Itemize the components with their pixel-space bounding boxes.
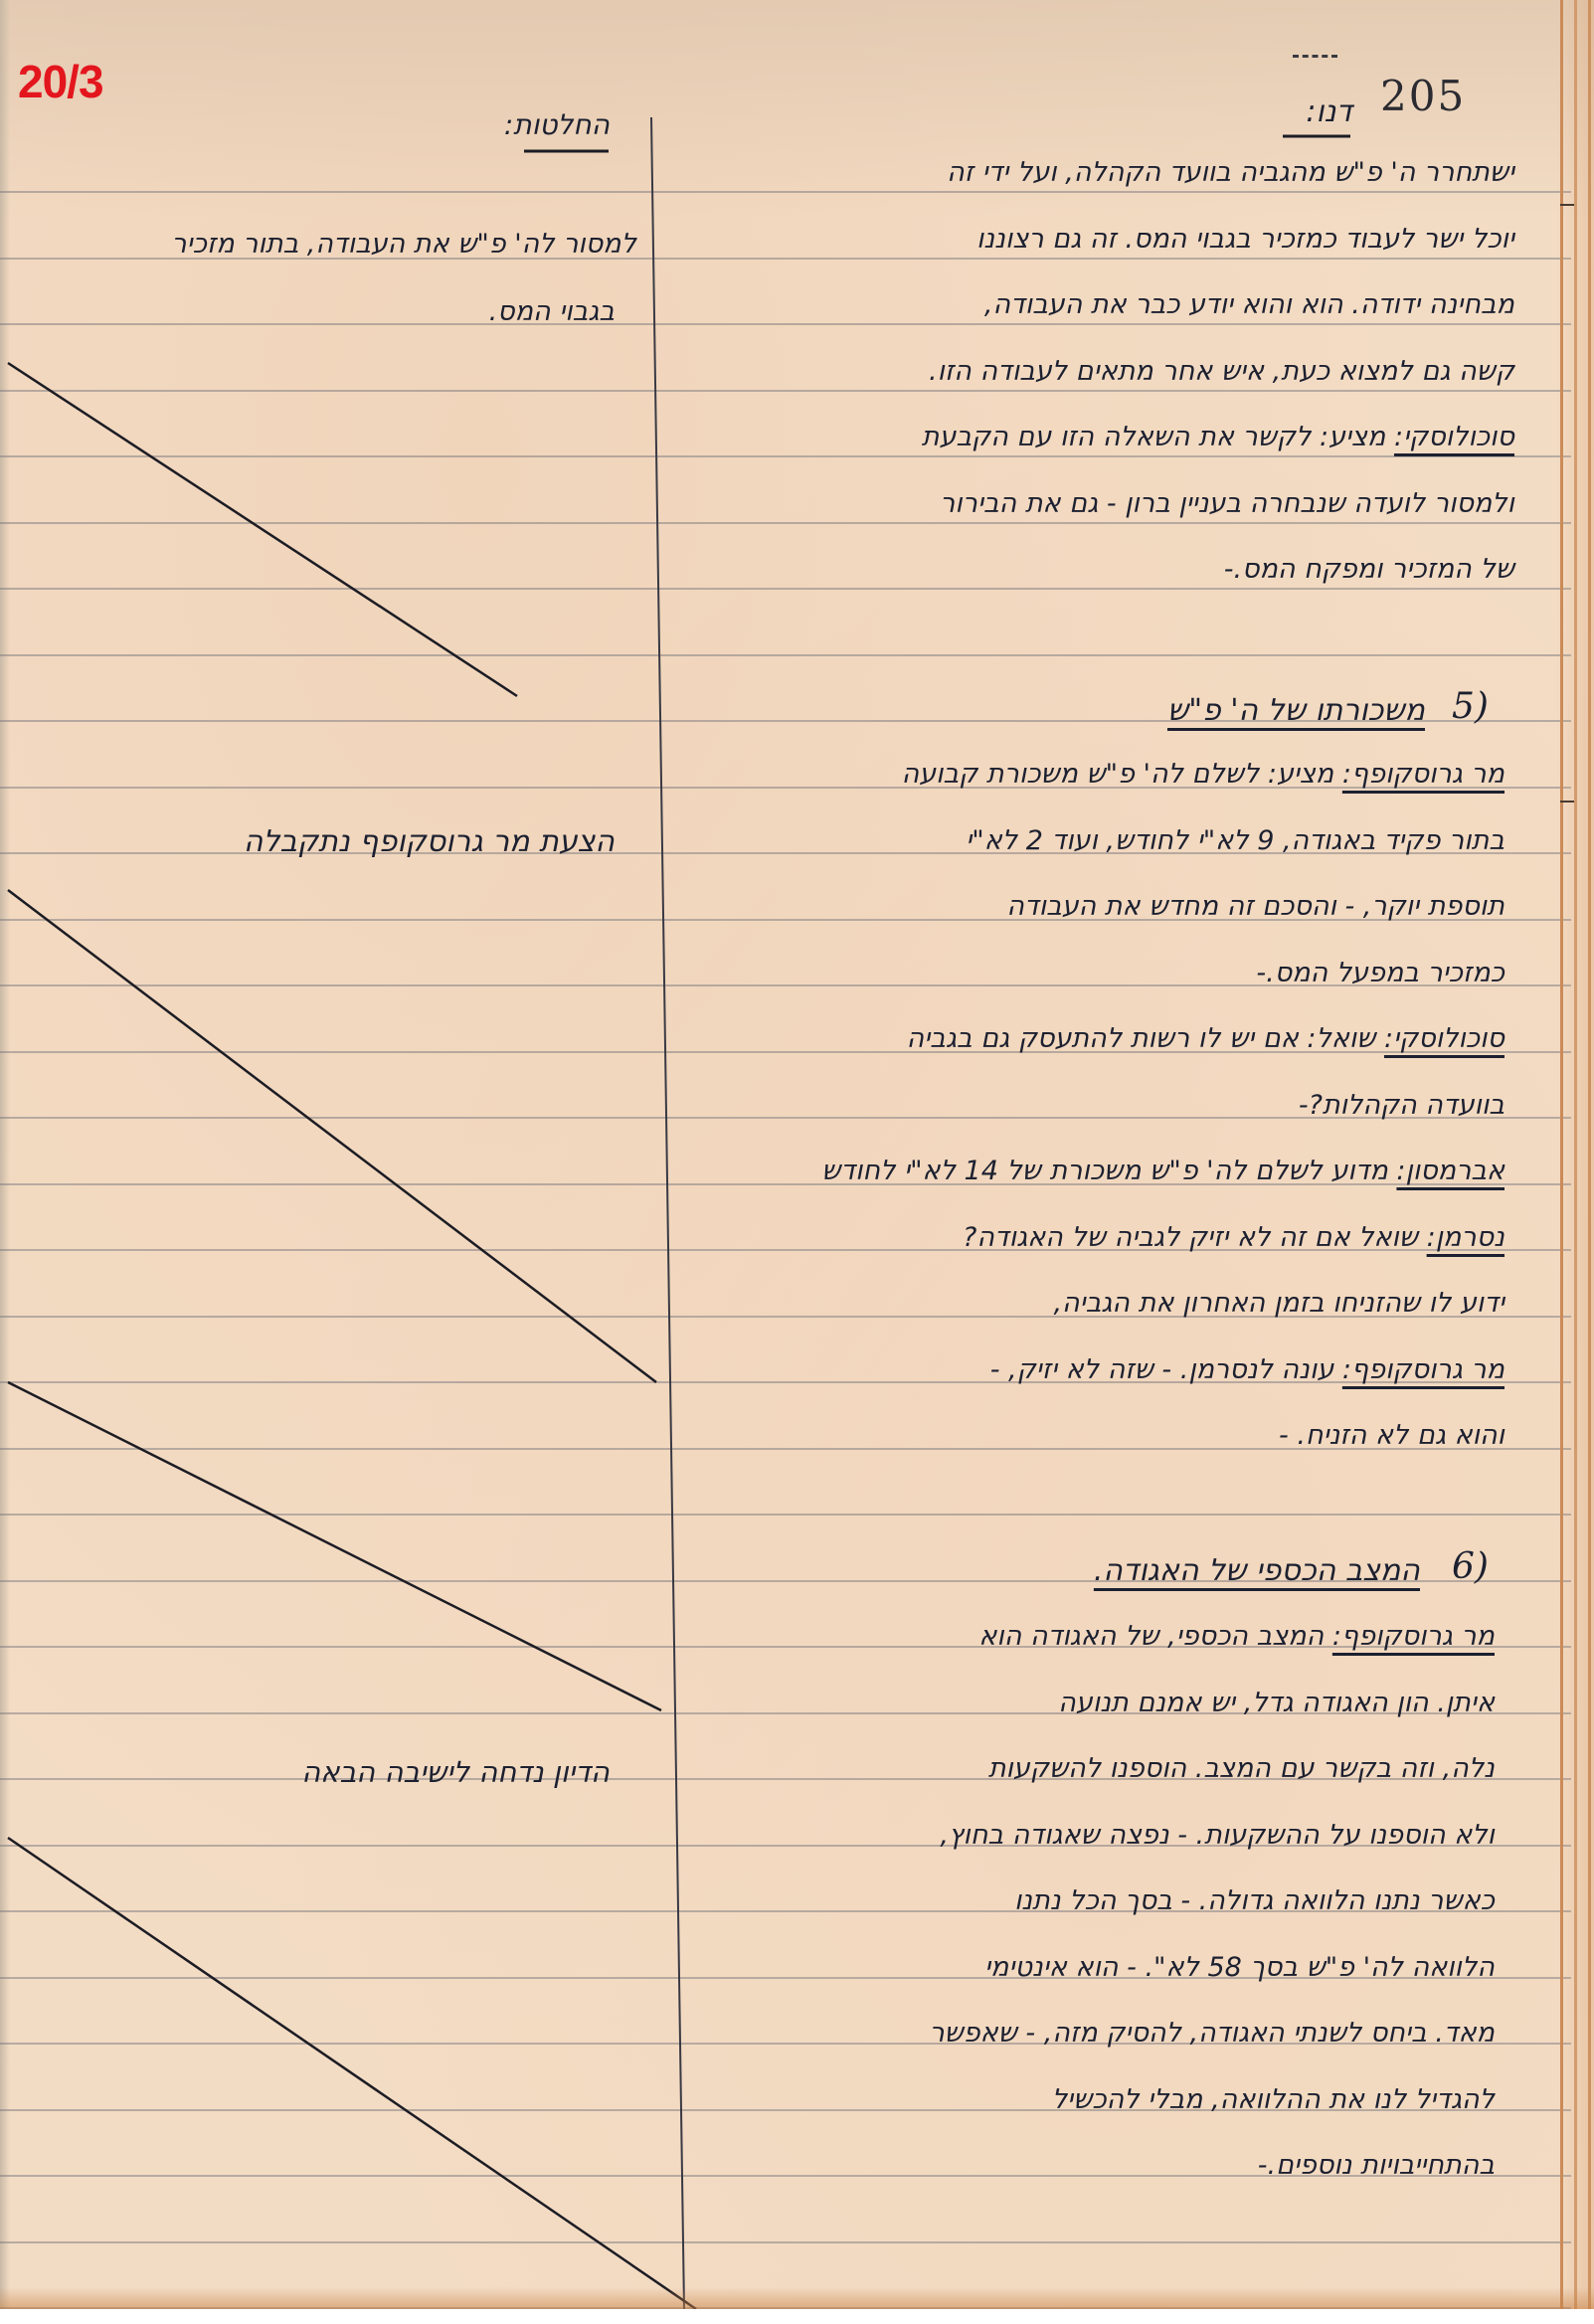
handwritten-line: ולא הוספנו על ההשקעות. - נפצה שאגודה בחו… xyxy=(940,1822,1495,1849)
handwritten-line: מר גרוסקופף: מציע: לשלם לה' פ"ש משכורת ק… xyxy=(902,761,1505,788)
section-title: משכורתו של ה' פ"ש xyxy=(1167,696,1425,726)
section-title: המצב הכספי של האגודה. xyxy=(1094,1556,1420,1586)
handwritten-line: מבחינה ידודה. הוא והוא יודע כבר את העבוד… xyxy=(984,291,1514,318)
ruled-line xyxy=(0,2241,1571,2243)
handwritten-line: ישתחרר ה' פ"ש מהגביה בוועד הקהלה, ועל יד… xyxy=(947,159,1514,186)
item-number: 6) xyxy=(1452,1546,1489,1587)
line-text: מציע: לקשר את השאלה הזו עם הקבעת xyxy=(922,422,1386,452)
ruled-line xyxy=(0,654,1571,656)
date-stamp: 20/3 xyxy=(18,55,103,108)
line-text: מאד. ביחס לשנתי האגודה, להסיק מזה, - שאפ… xyxy=(929,2018,1495,2049)
line-text: שואל: אם יש לו רשות להתעסק גם בגביה xyxy=(907,1023,1376,1054)
margin-strike-stroke xyxy=(8,890,656,1382)
line-text: של המזכיר ומפקח המס.- xyxy=(1224,554,1514,585)
speaker-name: סוכולוסקי: xyxy=(1394,422,1514,452)
line-text: ישתחרר ה' פ"ש מהגביה בוועד הקהלה, ועל יד… xyxy=(947,157,1514,188)
handwritten-line: סוכולוסקי: שואל: אם יש לו רשות להתעסק גם… xyxy=(907,1025,1505,1052)
decision-text: למסור לה' פ"ש את העבודה, בתור מזכיר xyxy=(171,231,636,258)
line-text: קשה גם למצוא כעת, איש אחר מתאים לעבודה ה… xyxy=(929,356,1514,387)
line-text: והוא גם לא הזניח. - xyxy=(1279,1420,1505,1451)
line-text: בוועדה הקהלות?- xyxy=(1299,1090,1505,1121)
speaker-name: סוכולוסקי: xyxy=(1384,1023,1505,1054)
line-text: נלה, וזה בקשר עם המצב. הוספנו להשקעות xyxy=(988,1753,1495,1784)
handwritten-line: ידוע לו שהזניחו בזמן האחרון את הגביה, xyxy=(1053,1290,1505,1317)
handwritten-line: מאד. ביחס לשנתי האגודה, להסיק מזה, - שאפ… xyxy=(929,2020,1495,2047)
handwritten-line: נלה, וזה בקשר עם המצב. הוספנו להשקעות xyxy=(988,1755,1495,1782)
line-text: עונה לנסרמן. - שזה לא יזיק, - xyxy=(990,1354,1334,1385)
speaker-name: נסרמן: xyxy=(1427,1222,1505,1253)
line-text: כמזכיר במפעל המס.- xyxy=(1256,958,1505,988)
handwritten-line: אברמסון: מדוע לשלם לה' פ"ש משכורת של 14 … xyxy=(821,1158,1505,1184)
decision-text: הצעת מר גרוסקופף נתקבלה xyxy=(244,827,615,857)
handwritten-line: נסרמן: שואל אם זה לא יזיק לגביה של האגוד… xyxy=(963,1224,1505,1251)
handwritten-line: ולמסור לועדה שנבחרה בעניין ברון - גם את … xyxy=(940,490,1514,517)
handwritten-line: כאשר נתנו הלוואה גדולה. - בסך הכל נתנו xyxy=(1014,1887,1495,1914)
margin-strike-stroke xyxy=(8,363,517,696)
handwritten-line: הלוואה לה' פ"ש בסך 58 לא". - הוא אינטימי xyxy=(984,1954,1495,1981)
notebook-page: 20/3 205 דנו: החלטות: ישתחרר ה' פ"ש מהגב… xyxy=(0,0,1594,2309)
ruled-line xyxy=(0,323,1571,325)
handwritten-line: בתור פקיד באגודה, 9 לא"י לחודש, ועוד 2 ל… xyxy=(966,827,1505,854)
line-text: מבחינה ידודה. הוא והוא יודע כבר את העבוד… xyxy=(984,289,1514,320)
line-text: ידוע לו שהזניחו בזמן האחרון את הגביה, xyxy=(1053,1288,1505,1319)
handwritten-line: תוספת יוקר, - והסכם זה מחדש את העבודה xyxy=(1006,893,1505,920)
line-text: הלוואה לה' פ"ש בסך 58 לא". - הוא אינטימי xyxy=(984,1952,1495,1983)
item-number: 5) xyxy=(1452,686,1489,727)
handwritten-line: בוועדה הקהלות?- xyxy=(1299,1092,1505,1119)
handwritten-line: סוכולוסקי: מציע: לקשר את השאלה הזו עם הק… xyxy=(922,424,1514,450)
ruled-line xyxy=(0,2307,1571,2309)
line-text: מדוע לשלם לה' פ"ש משכורת של 14 לא"י לחוד… xyxy=(821,1156,1388,1186)
handwritten-line: של המזכיר ומפקח המס.- xyxy=(1224,556,1514,583)
ruled-line xyxy=(0,522,1571,524)
handwritten-line: להגדיל לנו את ההלוואה, מבלי להכשיל xyxy=(1052,2086,1495,2113)
line-text: יוכל ישר לעבוד כמזכיר בגבוי המס. זה גם ר… xyxy=(976,224,1514,255)
margin-strike-stroke xyxy=(8,1838,696,2309)
binding-tick xyxy=(1560,801,1574,803)
handwritten-line: מר גרוסקופף: המצב הכספי, של האגודה הוא xyxy=(978,1623,1495,1650)
handwritten-line: כמזכיר במפעל המס.- xyxy=(1256,960,1505,986)
margin-strike-stroke xyxy=(8,1382,661,1710)
line-text: איתן. הון האגודה גדל, יש אמנם תנועה xyxy=(1058,1688,1495,1718)
handwritten-line: איתן. הון האגודה גדל, יש אמנם תנועה xyxy=(1058,1690,1495,1716)
speaker-name: מר גרוסקופף: xyxy=(1332,1621,1495,1652)
line-text: בהתחייבויות נוספים.- xyxy=(1258,2150,1495,2181)
main-heading: דנו: xyxy=(1306,97,1352,127)
ruled-line xyxy=(0,191,1571,193)
line-text: בתור פקיד באגודה, 9 לא"י לחודש, ועוד 2 ל… xyxy=(966,825,1505,856)
handwritten-line: יוכל ישר לעבוד כמזכיר בגבוי המס. זה גם ר… xyxy=(976,226,1514,253)
handwritten-line: והוא גם לא הזניח. - xyxy=(1279,1422,1505,1449)
line-text: להגדיל לנו את ההלוואה, מבלי להכשיל xyxy=(1052,2084,1495,2115)
binding-tick xyxy=(1560,204,1574,206)
line-text: שואל אם זה לא יזיק לגביה של האגודה? xyxy=(963,1222,1418,1253)
handwritten-line: מר גרוסקופף: עונה לנסרמן. - שזה לא יזיק,… xyxy=(990,1356,1505,1383)
handwritten-line: קשה גם למצוא כעת, איש אחר מתאים לעבודה ה… xyxy=(929,358,1514,385)
ruled-line xyxy=(0,1514,1571,1516)
line-text: ולא הוספנו על ההשקעות. - נפצה שאגודה בחו… xyxy=(940,1820,1495,1851)
line-text: מציע: לשלם לה' פ"ש משכורת קבועה xyxy=(902,759,1334,790)
ruled-line xyxy=(0,455,1571,457)
margin-heading: החלטות: xyxy=(504,111,610,139)
margin-divider-line xyxy=(651,117,684,2309)
speaker-name: אברמסון: xyxy=(1396,1156,1505,1186)
decision-text: בגבוי המס. xyxy=(489,298,615,325)
decision-text: הדיון נדחה לישיבה הבאה xyxy=(301,1758,610,1787)
speaker-name: מר גרוסקופף: xyxy=(1342,1354,1505,1385)
handwritten-line: בהתחייבויות נוספים.- xyxy=(1258,2152,1495,2179)
page-left-edge xyxy=(0,0,10,2309)
speaker-name: מר גרוסקופף: xyxy=(1342,759,1505,790)
line-text: כאשר נתנו הלוואה גדולה. - בסך הכל נתנו xyxy=(1014,1885,1495,1916)
ruled-line xyxy=(0,588,1571,590)
binding-shadow xyxy=(1556,0,1594,2309)
line-text: ולמסור לועדה שנבחרה בעניין ברון - גם את … xyxy=(940,488,1514,519)
dash-mark xyxy=(1293,55,1337,58)
page-number: 205 xyxy=(1380,72,1466,120)
line-text: תוספת יוקר, - והסכם זה מחדש את העבודה xyxy=(1006,891,1505,922)
line-text: המצב הכספי, של האגודה הוא xyxy=(978,1621,1324,1652)
ruled-line xyxy=(0,390,1571,392)
